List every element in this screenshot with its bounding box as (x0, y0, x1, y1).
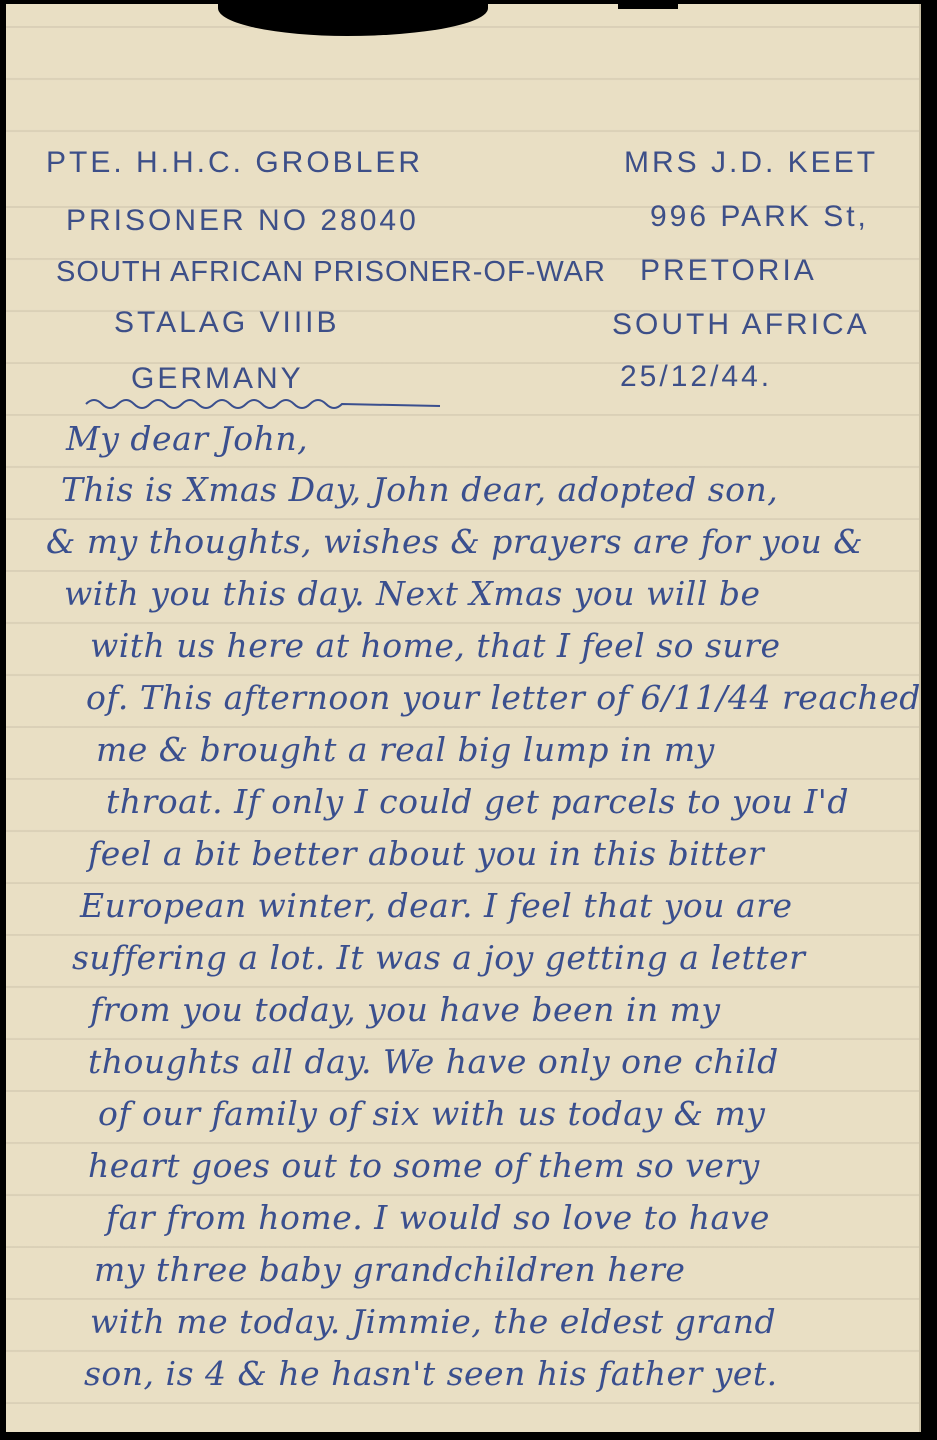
letter-line: my three baby grandchildren here (94, 1250, 685, 1289)
sender-name: PTE. H.H.C. GROBLER (46, 146, 423, 180)
letter-line: throat. If only I could get parcels to y… (106, 782, 849, 821)
letter-date: 25/12/44. (620, 360, 772, 394)
letter-line: feel a bit better about you in this bitt… (88, 834, 764, 873)
letter-line: This is Xmas Day, John dear, adopted son… (61, 470, 778, 509)
letter-line: with us here at home, that I feel so sur… (90, 626, 780, 665)
letter-line: & my thoughts, wishes & prayers are for … (46, 522, 863, 561)
letter-line: with me today. Jimmie, the eldest grand (90, 1302, 776, 1341)
torn-edge-small (618, 4, 678, 9)
recipient-street: 996 PARK St, (650, 200, 869, 234)
sender-camp: STALAG VIIIB (114, 306, 340, 340)
sender-prisoner-number: PRISONER NO 28040 (66, 204, 419, 238)
recipient-name: MRS J.D. KEET (624, 146, 878, 180)
torn-edge (218, 4, 488, 36)
recipient-country: SOUTH AFRICA (612, 308, 870, 342)
letter-line: of our family of six with us today & my (98, 1094, 765, 1133)
letter-line: son, is 4 & he hasn't seen his father ye… (84, 1354, 778, 1393)
letter-line: thoughts all day. We have only one child (88, 1042, 779, 1081)
letter-line: with you this day. Next Xmas you will be (64, 574, 761, 613)
letter-line: of. This afternoon your letter of 6/11/4… (86, 678, 921, 717)
letter-line: European winter, dear. I feel that you a… (80, 886, 793, 925)
letter-paper: PTE. H.H.C. GROBLER PRISONER NO 28040 SO… (6, 4, 921, 1432)
letter-line: suffering a lot. It was a joy getting a … (72, 938, 805, 977)
sender-status: SOUTH AFRICAN PRISONER-OF-WAR (56, 256, 606, 289)
wavy-underline-icon (84, 396, 444, 410)
sender-country: GERMANY (131, 362, 304, 396)
letter-line: heart goes out to some of them so very (88, 1146, 760, 1185)
letter-line: far from home. I would so love to have (106, 1198, 770, 1237)
salutation: My dear John, (66, 419, 308, 458)
recipient-city: PRETORIA (640, 254, 817, 288)
letter-line: from you today, you have been in my (90, 990, 721, 1029)
letter-line: me & brought a real big lump in my (96, 730, 715, 769)
